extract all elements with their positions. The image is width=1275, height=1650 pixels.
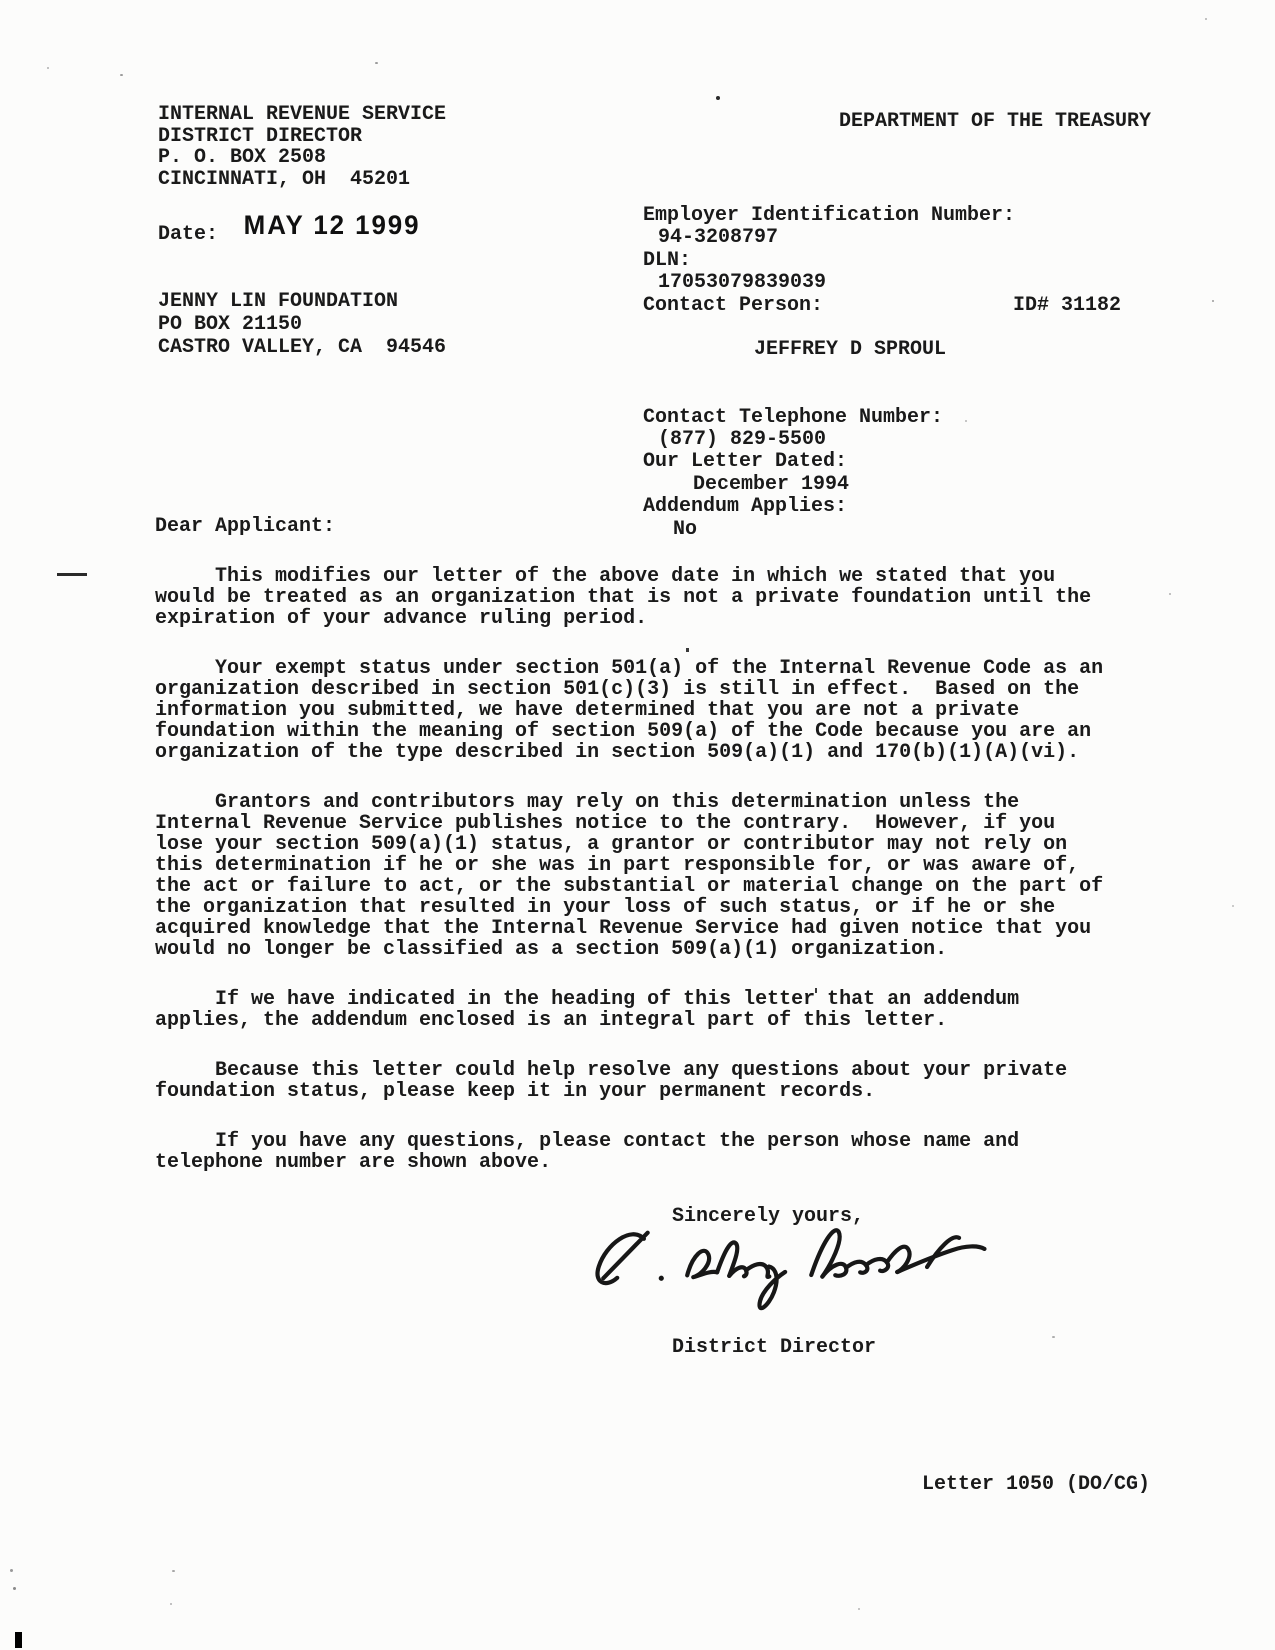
contact-id-number: ID# 31182 — [1013, 295, 1121, 317]
addendum-applies-value: No — [643, 519, 1015, 541]
contact-person-value: JEFFREY D SPROUL ID# 31182 — [643, 317, 1015, 407]
ein-value: 94-3208797 — [643, 227, 1015, 249]
scanned-letter-page: INTERNAL REVENUE SERVICE DISTRICT DIRECT… — [0, 0, 1275, 1650]
scan-speck — [1212, 300, 1214, 302]
scan-speck — [1052, 1336, 1055, 1338]
department-title: DEPARTMENT OF THE TREASURY — [839, 111, 1151, 133]
sender-line: INTERNAL REVENUE SERVICE — [158, 104, 446, 126]
letter-dated-value: December 1994 — [643, 474, 1015, 496]
scan-speck — [120, 74, 123, 76]
scan-mark-tick — [815, 988, 817, 993]
contact-phone-label: Contact Telephone Number: — [643, 407, 1015, 429]
scan-mark-dot — [716, 96, 720, 100]
scan-speck — [47, 67, 49, 69]
paragraph: This modifies our letter of the above da… — [155, 566, 1103, 629]
sender-line: DISTRICT DIRECTOR — [158, 126, 446, 148]
recipient-line: JENNY LIN FOUNDATION — [158, 290, 446, 313]
paragraph: Grantors and contributors may rely on th… — [155, 792, 1103, 960]
dln-value: 17053079839039 — [643, 272, 1015, 294]
signer-title: District Director — [672, 1337, 876, 1359]
sender-address-block: INTERNAL REVENUE SERVICE DISTRICT DIRECT… — [158, 104, 446, 190]
letter-body: This modifies our letter of the above da… — [155, 566, 1103, 1202]
scan-mark-margin-dash — [57, 573, 87, 576]
paragraph: Your exempt status under section 501(a) … — [155, 658, 1103, 763]
contact-person-label: Contact Person: — [643, 295, 1015, 317]
date-stamp: MAY 12 1999 — [244, 210, 421, 241]
paragraph: If we have indicated in the heading of t… — [155, 989, 1103, 1031]
scan-speck — [1232, 905, 1234, 907]
sender-line: P. O. BOX 2508 — [158, 147, 446, 169]
paragraph: Because this letter could help resolve a… — [155, 1060, 1103, 1102]
date-row: Date: MAY 12 1999 — [158, 224, 218, 246]
recipient-address-block: JENNY LIN FOUNDATION PO BOX 21150 CASTRO… — [158, 290, 446, 359]
scan-speck — [965, 420, 967, 422]
sender-line: CINCINNATI, OH 45201 — [158, 169, 446, 191]
ein-label: Employer Identification Number: — [643, 205, 1015, 227]
scan-mark-asterisk — [686, 648, 689, 652]
paragraph: If you have any questions, please contac… — [155, 1131, 1103, 1173]
handwritten-signature — [583, 1208, 993, 1338]
scan-speck — [375, 62, 378, 64]
dln-label: DLN: — [643, 250, 1015, 272]
scan-speck — [10, 1569, 13, 1572]
scan-speck — [858, 1608, 860, 1610]
salutation: Dear Applicant: — [155, 516, 335, 538]
recipient-line: CASTRO VALLEY, CA 94546 — [158, 336, 446, 359]
scan-speck — [170, 1603, 172, 1605]
letter-dated-label: Our Letter Dated: — [643, 451, 1015, 473]
date-label: Date: — [158, 223, 218, 246]
scan-speck — [172, 1570, 175, 1572]
contact-phone-value: (877) 829-5500 — [643, 429, 1015, 451]
addendum-applies-label: Addendum Applies: — [643, 496, 1015, 518]
recipient-line: PO BOX 21150 — [158, 313, 446, 336]
scan-speck — [13, 1587, 16, 1590]
scan-mark-corner-bar — [15, 1632, 22, 1648]
scan-speck — [1169, 593, 1171, 595]
letter-form-number: Letter 1050 (DO/CG) — [922, 1474, 1150, 1496]
scan-speck — [1205, 18, 1207, 20]
case-info-block: Employer Identification Number: 94-32087… — [643, 205, 1015, 541]
